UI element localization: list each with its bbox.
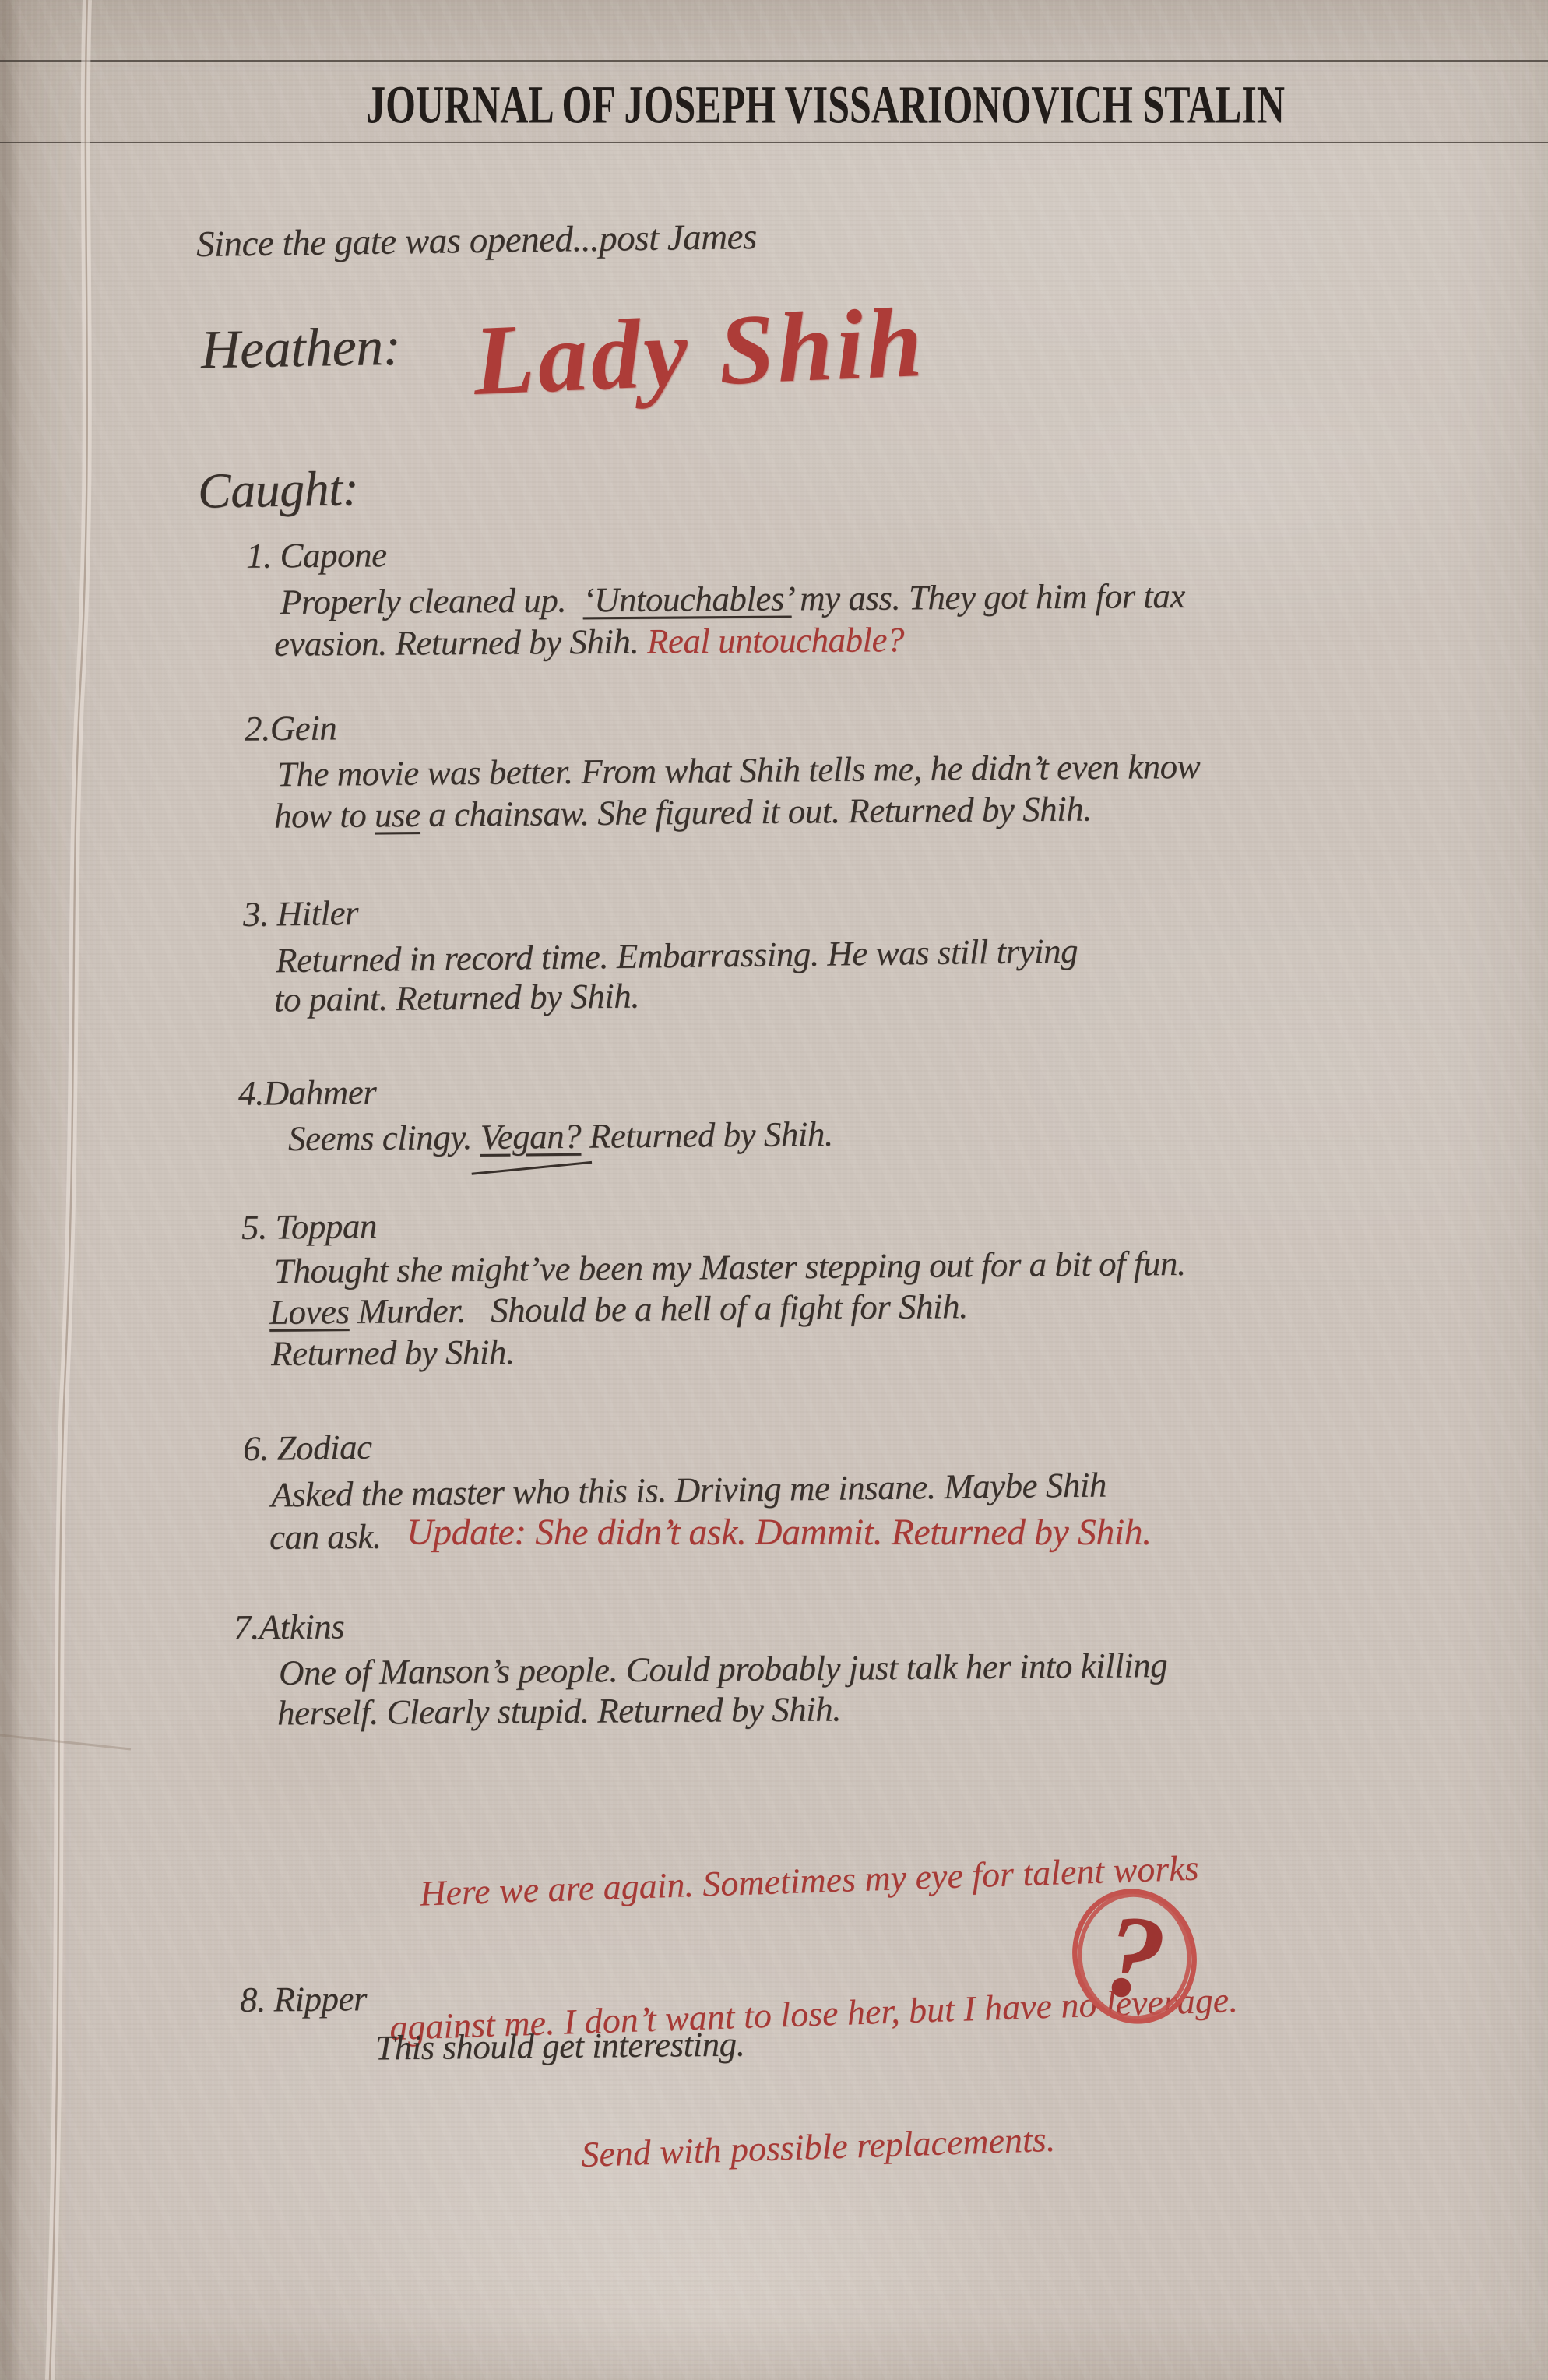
underlined-word: Loves xyxy=(269,1292,350,1332)
heathen-name: Lady Shih xyxy=(471,285,927,418)
entry-capone-text-1: Properly cleaned up. ‘Untouchables’ my a… xyxy=(280,575,1185,623)
red-annotation: Real untouchable? xyxy=(647,620,905,660)
entry-gein-number: 2.Gein xyxy=(245,706,337,749)
entry-zodiac-text-1: Asked the master who this is. Driving me… xyxy=(271,1463,1106,1516)
entry-toppan-number: 5. Toppan xyxy=(241,1205,377,1248)
entry-atkins-text-1: One of Manson’s people. Could probably j… xyxy=(279,1644,1168,1694)
underlined-word: use xyxy=(375,795,420,835)
entry-capone-text-2: evasion. Returned by Shih. Real untoucha… xyxy=(274,618,904,665)
margin-note-line-1: Here we are again. Sometimes my eye for … xyxy=(252,1840,1367,1921)
entry-gein-text-2: how to use a chainsaw. She figured it ou… xyxy=(274,787,1092,836)
intro-line: Since the gate was opened...post James xyxy=(196,216,757,266)
entry-dahmer-text-1: Seems clingy. Vegan? Returned by Shih. xyxy=(288,1113,833,1160)
entry-hitler-text-1: Returned in record time. Embarrassing. H… xyxy=(276,930,1078,982)
header-rule-bottom xyxy=(0,142,1548,143)
fold-crease xyxy=(0,1735,131,1749)
red-update-annotation: Update: She didn’t ask. Dammit. Returned… xyxy=(406,1512,1152,1554)
entry-atkins-number: 7.Atkins xyxy=(234,1605,345,1648)
entry-hitler-number: 3. Hitler xyxy=(243,892,359,935)
entry-ripper-text-1: This should get interesting. xyxy=(375,2023,745,2069)
entry-capone-number: 1. Capone xyxy=(246,533,387,577)
crease-highlight xyxy=(50,0,87,2380)
underlined-word: ‘Untouchables’ xyxy=(582,579,791,619)
caught-heading: Caught: xyxy=(197,459,359,520)
entry-ripper-number: 8. Ripper xyxy=(240,1977,368,2021)
entry-dahmer-number: 4.Dahmer xyxy=(238,1071,377,1114)
margin-note-line-3: Send with possible replacements. xyxy=(261,2106,1375,2187)
journal-header: JOURNAL OF JOSEPH VISSARIONOVICH STALIN xyxy=(0,67,1548,143)
entry-toppan-text-1: Thought she might’ve been my Master step… xyxy=(274,1242,1186,1292)
entry-zodiac-text-2: can ask. Update: She didn’t ask. Dammit.… xyxy=(269,1509,1152,1558)
entry-toppan-text-2: Loves Murder. Should be a hell of a figh… xyxy=(269,1285,968,1333)
entry-toppan-text-3: Returned by Shih. xyxy=(271,1331,515,1375)
journal-page: JOURNAL OF JOSEPH VISSARIONOVICH STALIN … xyxy=(0,0,1548,2380)
entry-atkins-text-2: herself. Clearly stupid. Returned by Shi… xyxy=(277,1688,841,1734)
crease-line xyxy=(50,0,87,2380)
double-underlined-word: Vegan? xyxy=(480,1117,581,1157)
entry-hitler-text-2: to paint. Returned by Shih. xyxy=(274,975,639,1021)
margin-note: Here we are again. Sometimes my eye for … xyxy=(249,1751,1378,2276)
heathen-label: Heathen: xyxy=(200,316,401,382)
entry-zodiac-number: 6. Zodiac xyxy=(243,1426,372,1470)
